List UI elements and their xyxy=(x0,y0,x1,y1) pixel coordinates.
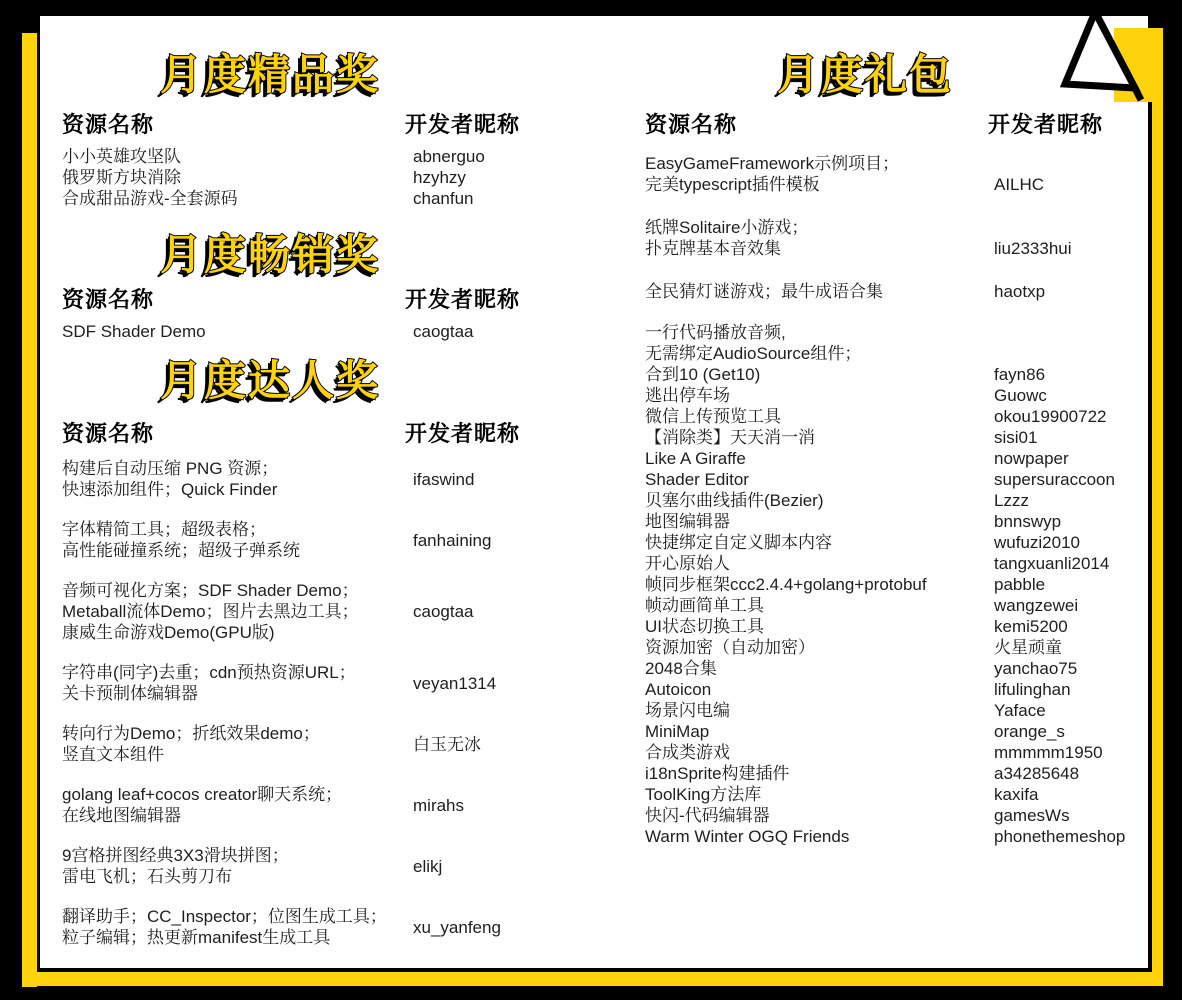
developer-nickname: mirahs xyxy=(405,784,582,826)
developer-nickname: okou19900722 xyxy=(988,406,1148,427)
resource-name: 场景闪电编 xyxy=(645,700,988,721)
accent-stripe-left xyxy=(22,33,37,987)
resource-name: 贝塞尔曲线插件(Bezier) xyxy=(645,490,988,511)
resource-name-line: 翻译助手；CC_Inspector；位图生成工具； xyxy=(62,906,405,927)
table-row: 小小英雄攻坚队abnerguo xyxy=(62,146,582,167)
developer-nickname: lifulinghan xyxy=(988,679,1148,700)
table-row: 构建后自动压缩 PNG 资源；快速添加组件；Quick Finderifaswi… xyxy=(62,458,582,500)
table-row: 转向行为Demo；折纸效果demo；竖直文本组件白玉无冰 xyxy=(62,723,582,765)
table-row: 字体精简工具；超级表格；高性能碰撞系统；超级子弹系统fanhaining xyxy=(62,519,582,561)
developer-nickname: orange_s xyxy=(988,721,1148,742)
gift-table-header: 资源名称 开发者昵称 xyxy=(645,113,1148,137)
developer-nickname-header: 开发者昵称 xyxy=(405,422,582,446)
resource-name-line: 无需绑定AudioSource组件； xyxy=(645,343,988,364)
accent-stripe-right xyxy=(1152,92,1163,986)
table-row: MiniMaporange_s xyxy=(645,721,1148,742)
resource-name-line: 字符串(同字)去重；cdn预热资源URL； xyxy=(62,662,405,683)
developer-nickname: chanfun xyxy=(405,188,582,209)
developer-nickname: pabble xyxy=(988,574,1148,595)
table-row: 资源加密（自动加密）火星顽童 xyxy=(645,637,1148,658)
resource-name: Autoicon xyxy=(645,679,988,700)
resource-name: 逃出停车场 xyxy=(645,385,988,406)
developer-nickname: hzyhzy xyxy=(405,167,582,188)
table-row: Like A Giraffenowpaper xyxy=(645,448,1148,469)
resource-name-line: 字体精简工具；超级表格； xyxy=(62,519,405,540)
developer-nickname: kaxifa xyxy=(988,784,1148,805)
resource-name: 俄罗斯方块消除 xyxy=(62,167,405,188)
resource-name-line: 在线地图编辑器 xyxy=(62,805,405,826)
resource-name-line: 帧同步框架ccc2.4.4+golang+protobuf xyxy=(645,574,988,595)
gift-award-table-list: 一行代码播放音频,无需绑定AudioSource组件；合到10 (Get10)f… xyxy=(645,322,1148,847)
resource-name: 合到10 (Get10) xyxy=(645,364,988,385)
resource-name-line: 高性能碰撞系统；超级子弹系统 xyxy=(62,540,405,561)
resource-name: 字体精简工具；超级表格；高性能碰撞系统；超级子弹系统 xyxy=(62,519,405,561)
resource-name-line: 俄罗斯方块消除 xyxy=(62,167,405,188)
resource-name: 9宫格拼图经典3X3滑块拼图；雷电飞机；石头剪刀布 xyxy=(62,845,405,887)
resource-name: SDF Shader Demo xyxy=(62,321,405,342)
resource-name-header: 资源名称 xyxy=(62,113,405,137)
resource-name: Like A Giraffe xyxy=(645,448,988,469)
developer-nickname: elikj xyxy=(405,845,582,887)
developer-nickname: fayn86 xyxy=(988,364,1148,385)
developer-nickname: ifaswind xyxy=(405,458,582,500)
resource-name: 快闪-代码编辑器 xyxy=(645,805,988,826)
bestseller-award-table: SDF Shader Democaogtaa xyxy=(62,321,582,342)
resource-name: 纸牌Solitaire小游戏；扑克牌基本音效集 xyxy=(645,217,988,259)
resource-name: MiniMap xyxy=(645,721,988,742)
resource-name-line: 关卡预制体编辑器 xyxy=(62,683,405,704)
developer-nickname: bnnswyp xyxy=(988,511,1148,532)
resource-name: EasyGameFramework示例项目；完美typescript插件模板 xyxy=(645,153,988,195)
developer-nickname: mmmmm1950 xyxy=(988,742,1148,763)
resource-name: 帧同步框架ccc2.4.4+golang+protobuf xyxy=(645,574,988,595)
developer-nickname: xu_yanfeng xyxy=(405,906,582,948)
resource-name-line: golang leaf+cocos creator聊天系统； xyxy=(62,784,405,805)
resource-name-line: 扑克牌基本音效集 xyxy=(645,238,988,259)
resource-name-line: 9宫格拼图经典3X3滑块拼图； xyxy=(62,845,405,866)
table-row: 快捷绑定自定义脚本内容wufuzi2010 xyxy=(645,532,1148,553)
table-row: Shader Editorsupersuraccoon xyxy=(645,469,1148,490)
resource-name: 字符串(同字)去重；cdn预热资源URL；关卡预制体编辑器 xyxy=(62,662,405,704)
resource-name-line: 快闪-代码编辑器 xyxy=(645,805,988,826)
table-row: i18nSprite构建插件a34285648 xyxy=(645,763,1148,784)
expert-award-table: 构建后自动压缩 PNG 资源；快速添加组件；Quick Finderifaswi… xyxy=(62,458,582,967)
resource-name: 资源加密（自动加密） xyxy=(645,637,988,658)
bestseller-table-header: 资源名称 开发者昵称 xyxy=(62,288,582,312)
resource-name-line: 合成类游戏 xyxy=(645,742,988,763)
developer-nickname: caogtaa xyxy=(405,321,582,342)
resource-name-line: 开心原始人 xyxy=(645,553,988,574)
table-row: 合成类游戏mmmmm1950 xyxy=(645,742,1148,763)
table-row: EasyGameFramework示例项目；完美typescript插件模板AI… xyxy=(645,153,1148,195)
developer-nickname: caogtaa xyxy=(405,580,582,643)
developer-nickname: wangzewei xyxy=(988,595,1148,616)
developer-nickname: liu2333hui xyxy=(988,217,1148,259)
resource-name-line: 完美typescript插件模板 xyxy=(645,174,988,195)
resource-name-line: 贝塞尔曲线插件(Bezier) xyxy=(645,490,988,511)
gift-award-table-groups: EasyGameFramework示例项目；完美typescript插件模板AI… xyxy=(645,153,1148,324)
resource-name-line: 小小英雄攻坚队 xyxy=(62,146,405,167)
resource-name-line: Shader Editor xyxy=(645,469,988,490)
developer-nickname: a34285648 xyxy=(988,763,1148,784)
developer-nickname: AILHC xyxy=(988,153,1148,195)
resource-name: golang leaf+cocos creator聊天系统；在线地图编辑器 xyxy=(62,784,405,826)
table-row: SDF Shader Democaogtaa xyxy=(62,321,582,342)
developer-nickname-header: 开发者昵称 xyxy=(988,113,1148,137)
developer-nickname: 火星顽童 xyxy=(988,637,1148,658)
table-row: 无需绑定AudioSource组件； xyxy=(645,343,1148,364)
table-row: UI状态切换工具kemi5200 xyxy=(645,616,1148,637)
table-row: 俄罗斯方块消除hzyhzy xyxy=(62,167,582,188)
resource-name-line: 逃出停车场 xyxy=(645,385,988,406)
resource-name-line: 2048合集 xyxy=(645,658,988,679)
resource-name-line: 粒子编辑；热更新manifest生成工具 xyxy=(62,927,405,948)
developer-nickname: abnerguo xyxy=(405,146,582,167)
resource-name-header: 资源名称 xyxy=(645,113,988,137)
resource-name-line: 合到10 (Get10) xyxy=(645,364,988,385)
developer-nickname xyxy=(988,322,1148,343)
resource-name-line: 构建后自动压缩 PNG 资源； xyxy=(62,458,405,479)
resource-name-line: 【消除类】天天消一消 xyxy=(645,427,988,448)
table-row: 贝塞尔曲线插件(Bezier)Lzzz xyxy=(645,490,1148,511)
resource-name: 微信上传预览工具 xyxy=(645,406,988,427)
resource-name: 全民猜灯谜游戏；最牛成语合集 xyxy=(645,281,988,302)
table-row: golang leaf+cocos creator聊天系统；在线地图编辑器mir… xyxy=(62,784,582,826)
resource-name: 地图编辑器 xyxy=(645,511,988,532)
developer-nickname: Guowc xyxy=(988,385,1148,406)
table-row: ToolKing方法库kaxifa xyxy=(645,784,1148,805)
resource-name-line: 一行代码播放音频, xyxy=(645,322,988,343)
table-row: 【消除类】天天消一消sisi01 xyxy=(645,427,1148,448)
resource-name: 合成类游戏 xyxy=(645,742,988,763)
resource-name-line: 场景闪电编 xyxy=(645,700,988,721)
developer-nickname: haotxp xyxy=(988,281,1148,302)
table-row: 微信上传预览工具okou19900722 xyxy=(645,406,1148,427)
table-row: 合到10 (Get10)fayn86 xyxy=(645,364,1148,385)
developer-nickname: kemi5200 xyxy=(988,616,1148,637)
resource-name: 【消除类】天天消一消 xyxy=(645,427,988,448)
resource-name-line: 微信上传预览工具 xyxy=(645,406,988,427)
developer-nickname-header: 开发者昵称 xyxy=(405,113,582,137)
table-row: 场景闪电编Yaface xyxy=(645,700,1148,721)
premium-award-table: 小小英雄攻坚队abnerguo俄罗斯方块消除hzyhzy合成甜品游戏-全套源码c… xyxy=(62,146,582,209)
resource-name-line: 全民猜灯谜游戏；最牛成语合集 xyxy=(645,281,988,302)
resource-name-line: 纸牌Solitaire小游戏； xyxy=(645,217,988,238)
section-title-monthly-gift: 月度礼包 xyxy=(645,52,1085,98)
table-row: 一行代码播放音频, xyxy=(645,322,1148,343)
developer-nickname: yanchao75 xyxy=(988,658,1148,679)
section-title-monthly-expert: 月度达人奖 xyxy=(62,358,478,404)
developer-nickname-header: 开发者昵称 xyxy=(405,288,582,312)
resource-name-header: 资源名称 xyxy=(62,422,405,446)
resource-name: 一行代码播放音频, xyxy=(645,322,988,343)
resource-name: 构建后自动压缩 PNG 资源；快速添加组件；Quick Finder xyxy=(62,458,405,500)
resource-name: 小小英雄攻坚队 xyxy=(62,146,405,167)
resource-name-line: EasyGameFramework示例项目； xyxy=(645,153,988,174)
resource-name: ToolKing方法库 xyxy=(645,784,988,805)
resource-name-line: Warm Winter OGQ Friends xyxy=(645,826,988,847)
table-row: Autoiconlifulinghan xyxy=(645,679,1148,700)
resource-name-line: i18nSprite构建插件 xyxy=(645,763,988,784)
resource-name: 2048合集 xyxy=(645,658,988,679)
resource-name-line: SDF Shader Demo xyxy=(62,321,405,342)
table-row: 开心原始人tangxuanli2014 xyxy=(645,553,1148,574)
resource-name: 转向行为Demo；折纸效果demo；竖直文本组件 xyxy=(62,723,405,765)
developer-nickname: Yaface xyxy=(988,700,1148,721)
developer-nickname: 白玉无冰 xyxy=(405,723,582,765)
table-row: 全民猜灯谜游戏；最牛成语合集haotxp xyxy=(645,281,1148,302)
resource-name: 开心原始人 xyxy=(645,553,988,574)
resource-name-line: ToolKing方法库 xyxy=(645,784,988,805)
developer-nickname: wufuzi2010 xyxy=(988,532,1148,553)
table-row: 音频可视化方案；SDF Shader Demo；Metaball流体Demo；图… xyxy=(62,580,582,643)
resource-name-line: 地图编辑器 xyxy=(645,511,988,532)
poster-canvas: 月度精品奖 资源名称 开发者昵称 小小英雄攻坚队abnerguo俄罗斯方块消除h… xyxy=(0,0,1182,1000)
table-row: 地图编辑器bnnswyp xyxy=(645,511,1148,532)
resource-name: 帧动画简单工具 xyxy=(645,595,988,616)
resource-name: i18nSprite构建插件 xyxy=(645,763,988,784)
resource-name-line: 转向行为Demo；折纸效果demo； xyxy=(62,723,405,744)
resource-name: 音频可视化方案；SDF Shader Demo；Metaball流体Demo；图… xyxy=(62,580,405,643)
premium-table-header: 资源名称 开发者昵称 xyxy=(62,113,582,137)
section-title-monthly-premium: 月度精品奖 xyxy=(62,52,478,98)
developer-nickname: supersuraccoon xyxy=(988,469,1148,490)
developer-nickname xyxy=(988,343,1148,364)
resource-name-line: 合成甜品游戏-全套源码 xyxy=(62,188,405,209)
developer-nickname: phonethemeshop xyxy=(988,826,1148,847)
developer-nickname: nowpaper xyxy=(988,448,1148,469)
page-background: 月度精品奖 资源名称 开发者昵称 小小英雄攻坚队abnerguo俄罗斯方块消除h… xyxy=(40,16,1148,968)
resource-name: 合成甜品游戏-全套源码 xyxy=(62,188,405,209)
resource-name-line: 快捷绑定自定义脚本内容 xyxy=(645,532,988,553)
table-row: 纸牌Solitaire小游戏；扑克牌基本音效集liu2333hui xyxy=(645,217,1148,259)
resource-name-line: 音频可视化方案；SDF Shader Demo； xyxy=(62,580,405,601)
resource-name-line: 资源加密（自动加密） xyxy=(645,637,988,658)
resource-name: Shader Editor xyxy=(645,469,988,490)
resource-name-line: 雷电飞机；石头剪刀布 xyxy=(62,866,405,887)
resource-name-line: 帧动画简单工具 xyxy=(645,595,988,616)
developer-nickname: tangxuanli2014 xyxy=(988,553,1148,574)
table-row: 快闪-代码编辑器gamesWs xyxy=(645,805,1148,826)
resource-name-line: UI状态切换工具 xyxy=(645,616,988,637)
accent-stripe-bottom xyxy=(22,972,1163,986)
resource-name-line: 竖直文本组件 xyxy=(62,744,405,765)
resource-name: 翻译助手；CC_Inspector；位图生成工具；粒子编辑；热更新manifes… xyxy=(62,906,405,948)
section-title-monthly-bestseller: 月度畅销奖 xyxy=(62,232,478,278)
resource-name: 无需绑定AudioSource组件； xyxy=(645,343,988,364)
resource-name: Warm Winter OGQ Friends xyxy=(645,826,988,847)
resource-name-line: Autoicon xyxy=(645,679,988,700)
triangle-logo-icon xyxy=(1053,0,1155,108)
developer-nickname: gamesWs xyxy=(988,805,1148,826)
developer-nickname: fanhaining xyxy=(405,519,582,561)
resource-name-line: 快速添加组件；Quick Finder xyxy=(62,479,405,500)
resource-name-line: Like A Giraffe xyxy=(645,448,988,469)
table-row: 2048合集yanchao75 xyxy=(645,658,1148,679)
resource-name-line: MiniMap xyxy=(645,721,988,742)
table-row: 帧同步框架ccc2.4.4+golang+protobufpabble xyxy=(645,574,1148,595)
table-row: 字符串(同字)去重；cdn预热资源URL；关卡预制体编辑器veyan1314 xyxy=(62,662,582,704)
expert-table-header: 资源名称 开发者昵称 xyxy=(62,422,582,446)
table-row: 合成甜品游戏-全套源码chanfun xyxy=(62,188,582,209)
table-row: Warm Winter OGQ Friendsphonethemeshop xyxy=(645,826,1148,847)
resource-name: 快捷绑定自定义脚本内容 xyxy=(645,532,988,553)
resource-name-line: Metaball流体Demo；图片去黑边工具； xyxy=(62,601,405,622)
table-row: 逃出停车场Guowc xyxy=(645,385,1148,406)
table-row: 帧动画简单工具wangzewei xyxy=(645,595,1148,616)
resource-name-header: 资源名称 xyxy=(62,288,405,312)
developer-nickname: veyan1314 xyxy=(405,662,582,704)
developer-nickname: Lzzz xyxy=(988,490,1148,511)
resource-name: UI状态切换工具 xyxy=(645,616,988,637)
table-row: 9宫格拼图经典3X3滑块拼图；雷电飞机；石头剪刀布elikj xyxy=(62,845,582,887)
table-row: 翻译助手；CC_Inspector；位图生成工具；粒子编辑；热更新manifes… xyxy=(62,906,582,948)
developer-nickname: sisi01 xyxy=(988,427,1148,448)
resource-name-line: 康威生命游戏Demo(GPU版) xyxy=(62,622,405,643)
